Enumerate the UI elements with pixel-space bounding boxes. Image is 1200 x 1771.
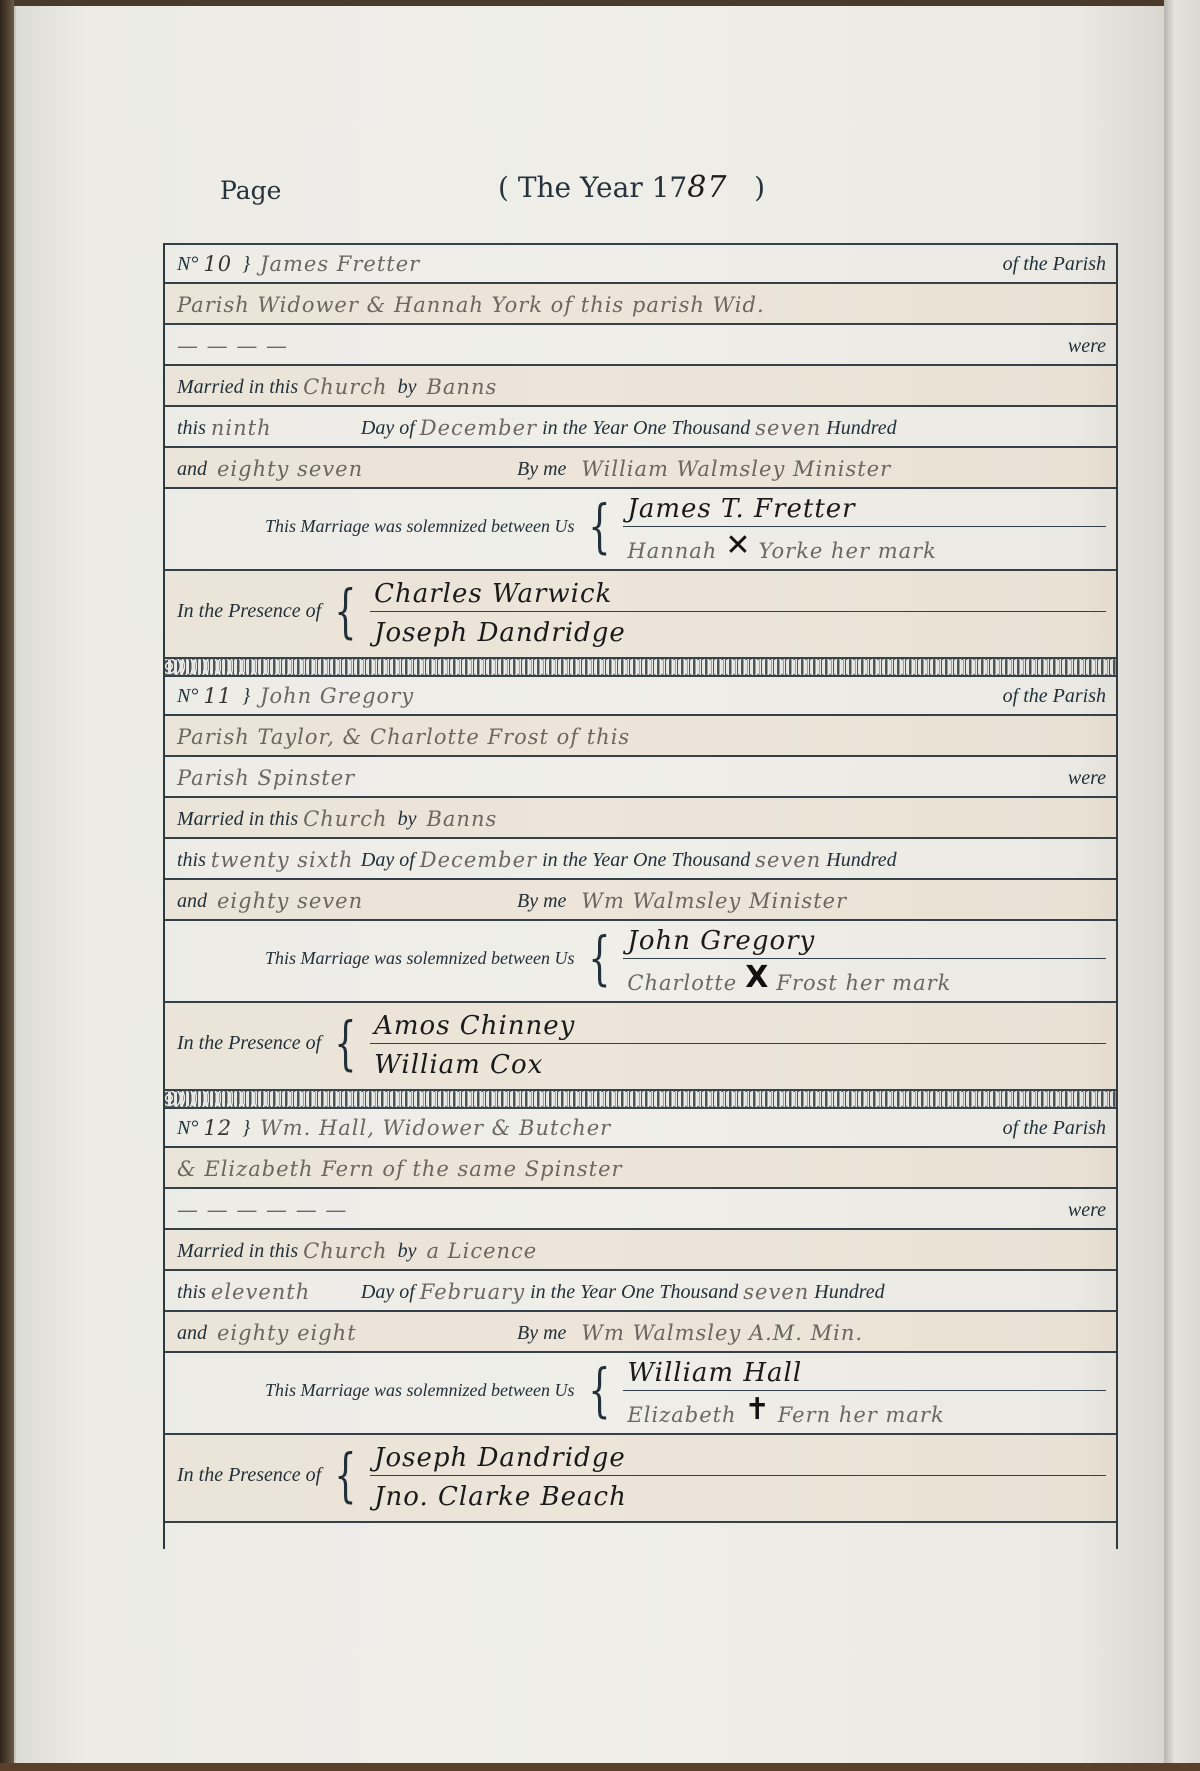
- entry-line2: Parish Widower & Hannah York of this par…: [165, 284, 1116, 325]
- date-row: this ninth Day of December in the Year O…: [165, 407, 1116, 448]
- in-the-year-label: in the Year One Thousand: [542, 417, 750, 440]
- entry-line2: Parish Taylor, & Charlotte Frost of this: [165, 716, 1116, 757]
- married-in-label: Married in this: [177, 376, 298, 399]
- solemnized-row: This Marriage was solemnized between Us …: [165, 921, 1116, 1003]
- by-label: by: [398, 808, 417, 831]
- number-label: N°: [177, 685, 198, 708]
- entry-line3: Parish Spinster were: [165, 757, 1116, 798]
- brace-icon: {: [588, 1361, 610, 1419]
- entry-details-line2: Parish Taylor, & Charlotte Frost of this: [177, 725, 630, 749]
- marriage-place: Church: [303, 375, 387, 399]
- married-in-label: Married in this: [177, 808, 298, 831]
- marriage-day: ninth: [211, 416, 361, 440]
- were-label: were: [1068, 767, 1106, 790]
- marriage-entry: N° 11 } John Gregory of the Parish Paris…: [165, 675, 1116, 1091]
- couple-signatures: William Hall Elizabeth ✝ Fern her mark: [623, 1352, 1106, 1429]
- year-hundreds: seven: [755, 848, 821, 872]
- were-label: were: [1068, 335, 1106, 358]
- marriage-month: December: [420, 848, 537, 872]
- entry-names-row: N° 10 } James Fretter of the Parish: [165, 243, 1116, 284]
- groom-signature: William Hall: [627, 1358, 802, 1388]
- entry-details-line3: — — — — — —: [177, 1198, 347, 1222]
- ornamental-divider: [165, 659, 1116, 675]
- by-label: by: [398, 1240, 417, 1263]
- year-minister-row: and eighty seven By me Wm Walmsley Minis…: [165, 880, 1116, 921]
- day-of-label: Day of: [361, 1281, 415, 1304]
- bride-mark-icon: ✕: [725, 528, 750, 563]
- solemnized-label: This Marriage was solemnized between Us: [177, 948, 575, 969]
- witness-signatures: Amos Chinney William Cox: [370, 1005, 1106, 1082]
- solemnized-label: This Marriage was solemnized between Us: [177, 1380, 575, 1401]
- marriage-by: Banns: [426, 375, 497, 399]
- brace-icon: {: [335, 1446, 357, 1504]
- year-hundreds: seven: [743, 1280, 809, 1304]
- bride-first-name: Hannah: [627, 539, 717, 563]
- entry-details-line3: Parish Spinster: [177, 766, 355, 790]
- hundred-label: Hundred: [826, 849, 896, 872]
- entry-number: 12: [203, 1116, 232, 1140]
- presence-row: In the Presence of { Amos Chinney Willia…: [165, 1003, 1116, 1091]
- of-the-parish-label: of the Parish: [1003, 685, 1106, 708]
- marriage-place: Church: [303, 1239, 387, 1263]
- witness-2-signature: William Cox: [374, 1050, 543, 1080]
- in-the-year-label: in the Year One Thousand: [542, 849, 750, 872]
- day-of-label: Day of: [361, 417, 415, 440]
- bride-first-name: Elizabeth: [627, 1403, 736, 1427]
- hundred-label: Hundred: [814, 1281, 884, 1304]
- hundred-label: Hundred: [826, 417, 896, 440]
- year-words: eighty seven: [217, 889, 517, 913]
- this-label: this: [177, 417, 206, 440]
- married-in-row: Married in this Church by Banns: [165, 798, 1116, 839]
- entry-names-row: N° 11 } John Gregory of the Parish: [165, 675, 1116, 716]
- bride-surname-mark: Frost her mark: [776, 971, 951, 995]
- marriage-entry: N° 12 } Wm. Hall, Widower & Butcher of t…: [165, 1107, 1116, 1523]
- brace-icon: {: [335, 582, 357, 640]
- by-me-label: By me: [517, 890, 566, 913]
- marriage-month: December: [420, 416, 537, 440]
- year-words: eighty eight: [217, 1321, 517, 1345]
- page-edge: [1164, 0, 1200, 1771]
- presence-row: In the Presence of { Charles Warwick Jos…: [165, 571, 1116, 659]
- bride-mark-icon: X: [745, 960, 768, 995]
- presence-label: In the Presence of: [177, 1032, 321, 1055]
- entry-details-line2: Parish Widower & Hannah York of this par…: [177, 293, 765, 317]
- entry-details-line3: — — — —: [177, 334, 288, 358]
- brace-icon: {: [588, 497, 610, 555]
- entry-number: 11: [203, 684, 232, 708]
- groom-signature: James T. Fretter: [627, 494, 855, 524]
- book-spine: [0, 0, 14, 1771]
- witness-2-signature: Joseph Dandridge: [374, 618, 626, 648]
- witness-1-signature: Charles Warwick: [374, 579, 612, 609]
- minister-signature: Wm Walmsley A.M. Min.: [581, 1321, 863, 1345]
- witness-signatures: Charles Warwick Joseph Dandridge: [370, 573, 1106, 650]
- page-label: Page: [220, 176, 281, 205]
- number-label: N°: [177, 253, 198, 276]
- groom-name: John Gregory: [260, 684, 414, 708]
- of-the-parish-label: of the Parish: [1003, 253, 1106, 276]
- married-in-label: Married in this: [177, 1240, 298, 1263]
- witness-signatures: Joseph Dandridge Jno. Clarke Beach: [370, 1437, 1106, 1514]
- witness-1-signature: Joseph Dandridge: [374, 1443, 626, 1473]
- date-row: this twenty sixth Day of December in the…: [165, 839, 1116, 880]
- solemnized-row: This Marriage was solemnized between Us …: [165, 1353, 1116, 1435]
- and-label: and: [177, 890, 207, 913]
- in-the-year-label: in the Year One Thousand: [530, 1281, 738, 1304]
- witness-1-signature: Amos Chinney: [374, 1011, 575, 1041]
- groom-name: James Fretter: [260, 252, 420, 276]
- married-in-row: Married in this Church by Banns: [165, 366, 1116, 407]
- year-words: eighty seven: [217, 457, 517, 481]
- couple-signatures: John Gregory Charlotte X Frost her mark: [623, 920, 1106, 997]
- year-hundreds: seven: [755, 416, 821, 440]
- page-year-heading: ( The Year 1787 ): [498, 170, 765, 205]
- marriage-entry: N° 10 } James Fretter of the Parish Pari…: [165, 243, 1116, 659]
- marriage-day: eleventh: [211, 1280, 361, 1304]
- minister-signature: William Walmsley Minister: [581, 457, 891, 481]
- marriage-by: Banns: [426, 807, 497, 831]
- entry-details-line2: & Elizabeth Fern of the same Spinster: [177, 1157, 623, 1181]
- entry-line3: — — — — — — were: [165, 1189, 1116, 1230]
- solemnized-label: This Marriage was solemnized between Us: [177, 516, 575, 537]
- presence-label: In the Presence of: [177, 600, 321, 623]
- entry-line2: & Elizabeth Fern of the same Spinster: [165, 1148, 1116, 1189]
- and-label: and: [177, 1322, 207, 1345]
- by-label: by: [398, 376, 417, 399]
- presence-label: In the Presence of: [177, 1464, 321, 1487]
- minister-signature: Wm Walmsley Minister: [581, 889, 847, 913]
- bride-surname-mark: Yorke her mark: [758, 539, 936, 563]
- solemnized-row: This Marriage was solemnized between Us …: [165, 489, 1116, 571]
- of-the-parish-label: of the Parish: [1003, 1117, 1106, 1140]
- marriage-day: twenty sixth: [211, 848, 361, 872]
- year-minister-row: and eighty seven By me William Walmsley …: [165, 448, 1116, 489]
- date-row: this eleventh Day of February in the Yea…: [165, 1271, 1116, 1312]
- brace-icon: {: [588, 929, 610, 987]
- entry-number: 10: [203, 252, 232, 276]
- brace-icon: {: [335, 1014, 357, 1072]
- couple-signatures: James T. Fretter Hannah ✕ Yorke her mark: [623, 488, 1106, 565]
- presence-row: In the Presence of { Joseph Dandridge Jn…: [165, 1435, 1116, 1523]
- marriage-by: a Licence: [426, 1239, 537, 1263]
- were-label: were: [1068, 1199, 1106, 1222]
- entry-line3: — — — — were: [165, 325, 1116, 366]
- year-prefix: ( The Year 17: [498, 171, 687, 204]
- marriage-register: N° 10 } James Fretter of the Parish Pari…: [163, 243, 1118, 1549]
- ornamental-divider: [165, 1091, 1116, 1107]
- groom-name: Wm. Hall, Widower & Butcher: [260, 1116, 611, 1140]
- entry-names-row: N° 12 } Wm. Hall, Widower & Butcher of t…: [165, 1107, 1116, 1148]
- marriage-place: Church: [303, 807, 387, 831]
- bride-surname-mark: Fern her mark: [778, 1403, 945, 1427]
- marriage-month: February: [420, 1280, 525, 1304]
- married-in-row: Married in this Church by a Licence: [165, 1230, 1116, 1271]
- bride-first-name: Charlotte: [627, 971, 737, 995]
- and-label: and: [177, 458, 207, 481]
- this-label: this: [177, 849, 206, 872]
- by-me-label: By me: [517, 1322, 566, 1345]
- bride-mark-icon: ✝: [745, 1392, 770, 1427]
- by-me-label: By me: [517, 458, 566, 481]
- witness-2-signature: Jno. Clarke Beach: [374, 1482, 627, 1512]
- book-cover-edge: [0, 1763, 1200, 1771]
- day-of-label: Day of: [361, 849, 415, 872]
- year-suffix: ): [754, 171, 765, 204]
- this-label: this: [177, 1281, 206, 1304]
- groom-signature: John Gregory: [627, 926, 815, 956]
- year-handwritten: 87: [687, 170, 727, 205]
- year-minister-row: and eighty eight By me Wm Walmsley A.M. …: [165, 1312, 1116, 1353]
- number-label: N°: [177, 1117, 198, 1140]
